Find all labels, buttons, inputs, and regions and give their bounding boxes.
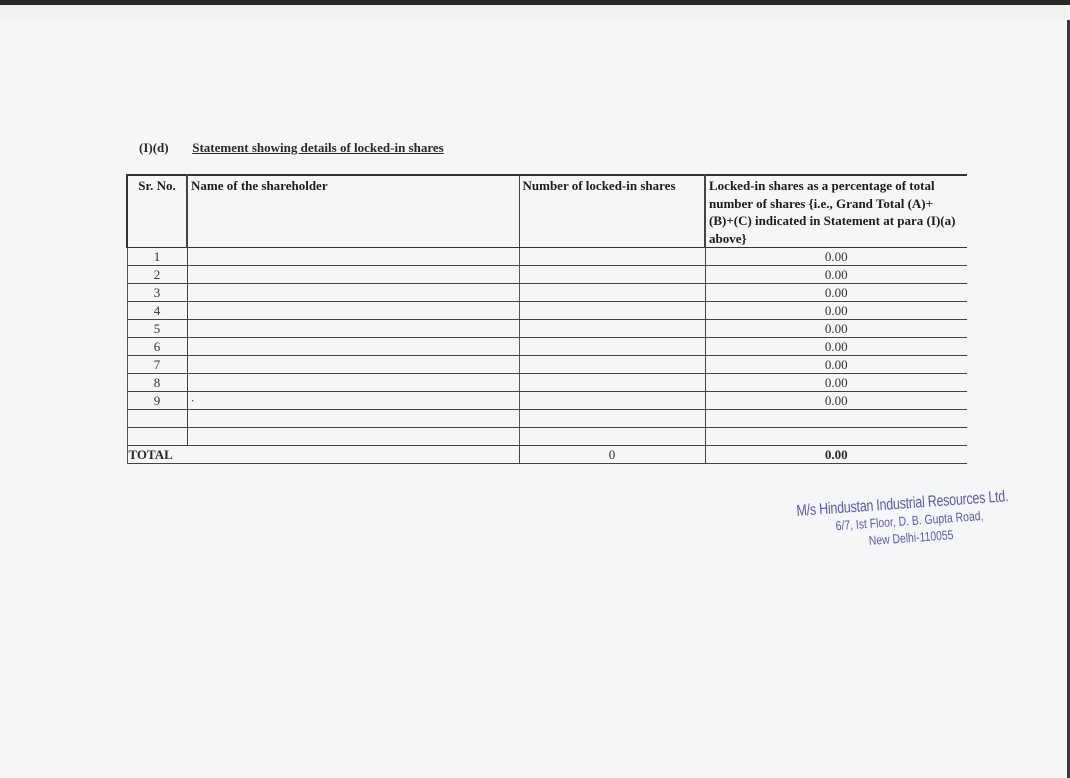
cell-name [187,302,519,320]
table-row: 10.00 [127,248,967,266]
cell-name: · [187,392,519,410]
cell-percentage: 0.00 [705,248,967,266]
section-title: Statement showing details of locked-in s… [192,140,443,155]
cell-percentage: 0.00 [705,392,967,410]
total-percentage: 0.00 [705,446,967,464]
header-name-label: Name of the shareholder [191,178,328,193]
cell-number [519,284,705,302]
cell-sr-no: 6 [127,338,187,356]
cell-percentage: 0.00 [705,284,967,302]
cell-name [187,374,519,392]
cell-number [519,266,705,284]
table-row: 70.00 [127,356,967,374]
table-row: 20.00 [127,266,967,284]
header-number: Number of locked-in shares [519,175,705,248]
cell-percentage: 0.00 [705,374,967,392]
cell-number [519,356,705,374]
cell-name [187,410,519,428]
table-row: 50.00 [127,320,967,338]
section-heading: (I)(d) Statement showing details of lock… [139,140,444,156]
cell-number [519,410,705,428]
cell-sr-no: 3 [127,284,187,302]
locked-in-shares-table: Sr. No. Name of the shareholder Number o… [126,174,967,464]
cell-sr-no: 2 [127,266,187,284]
cell-percentage: 0.00 [705,266,967,284]
cell-percentage: 0.00 [705,320,967,338]
table-row: 60.00 [127,338,967,356]
cell-sr-no: 9 [127,392,187,410]
cell-number [519,302,705,320]
cell-percentage: 0.00 [705,356,967,374]
cell-name [187,248,519,266]
table-row: 80.00 [127,374,967,392]
table-row [127,410,967,428]
header-name: Name of the shareholder [187,175,519,248]
header-sr-no: Sr. No. [127,175,187,248]
table-body: 10.0020.0030.0040.0050.0060.0070.0080.00… [127,248,967,464]
cell-number [519,248,705,266]
table-row: 9·0.00 [127,392,967,410]
table-header-row: Sr. No. Name of the shareholder Number o… [127,175,967,248]
cell-name [187,266,519,284]
section-ref: (I)(d) [139,140,189,156]
cell-name [187,356,519,374]
cell-sr-no [127,428,187,446]
cell-percentage: 0.00 [705,338,967,356]
table-row: 40.00 [127,302,967,320]
total-label: TOTAL [127,446,519,464]
cell-percentage: 0.00 [705,302,967,320]
cell-percentage [705,410,967,428]
cell-number [519,320,705,338]
scan-top-strip [0,5,1066,21]
cell-number [519,428,705,446]
cell-sr-no: 1 [127,248,187,266]
cell-sr-no: 8 [127,374,187,392]
cell-sr-no [127,410,187,428]
total-row: TOTAL00.00 [127,446,967,464]
cell-percentage [705,428,967,446]
cell-name [187,320,519,338]
cell-name [187,338,519,356]
cell-number [519,392,705,410]
header-percentage: Locked-in shares as a percentage of tota… [705,175,967,248]
header-number-label: Number of locked-in shares [523,178,676,193]
cell-name [187,428,519,446]
cell-name [187,284,519,302]
cell-sr-no: 4 [127,302,187,320]
table-row [127,428,967,446]
cell-number [519,374,705,392]
table-row: 30.00 [127,284,967,302]
total-number: 0 [519,446,705,464]
cell-sr-no: 5 [127,320,187,338]
cell-number [519,338,705,356]
cell-sr-no: 7 [127,356,187,374]
